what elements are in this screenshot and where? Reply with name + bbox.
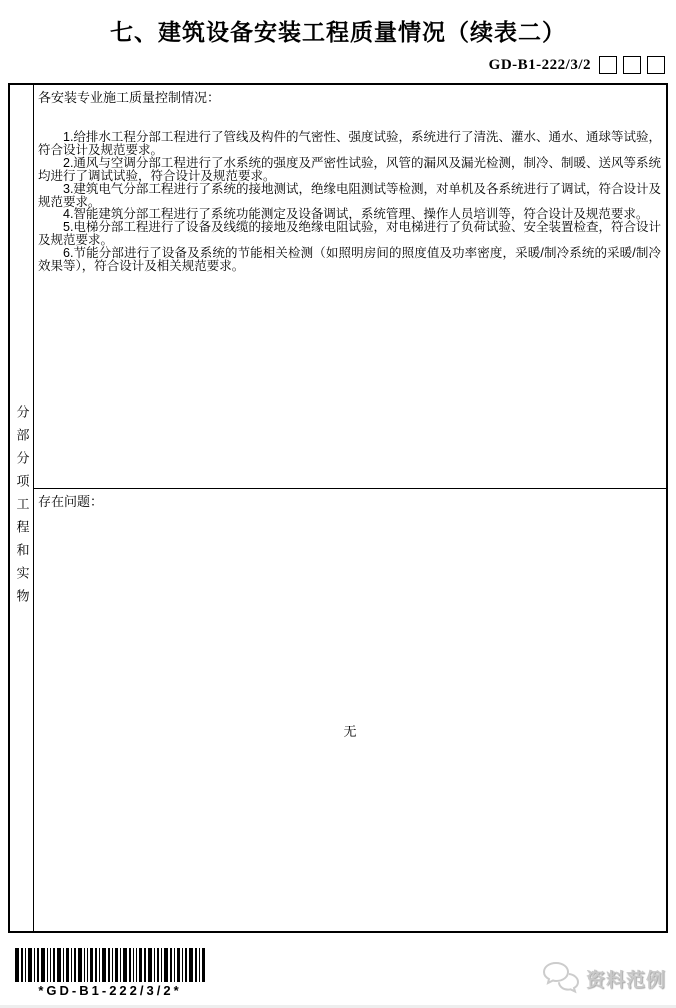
speech-bubbles-icon bbox=[542, 960, 580, 996]
barcode-label: *GD-B1-222/3/2* bbox=[15, 983, 205, 998]
barcode: *GD-B1-222/3/2* bbox=[15, 948, 205, 998]
quality-control-heading: 各安装专业施工质量控制情况： bbox=[38, 91, 661, 105]
problems-cell: 存在问题： 无 bbox=[34, 489, 666, 931]
quality-item-6: 6.节能分部进行了设备及系统的节能相关检测（如照明房间的照度值及功率密度，采暖/… bbox=[38, 247, 661, 273]
form-code-box-3 bbox=[647, 56, 665, 74]
quality-item-2: 2.通风与空调分部工程进行了水系统的强度及严密性试验，风管的漏风及漏光检测，制冷… bbox=[38, 157, 661, 183]
table-content-column: 各安装专业施工质量控制情况： 1.给排水工程分部工程进行了管线及构件的气密性、强… bbox=[34, 85, 666, 931]
form-code-row: GD-B1-222/3/2 bbox=[489, 56, 665, 75]
watermark: 资料范例 bbox=[542, 960, 666, 996]
quality-item-1: 1.给排水工程分部工程进行了管线及构件的气密性、强度试验，系统进行了清洗、灌水、… bbox=[38, 131, 661, 157]
quality-item-3: 3.建筑电气分部工程进行了系统的接地测试，绝缘电阻测试等检测，对单机及各系统进行… bbox=[38, 183, 661, 209]
quality-control-cell: 各安装专业施工质量控制情况： 1.给排水工程分部工程进行了管线及构件的气密性、强… bbox=[34, 85, 666, 489]
document-sheet: 七、建筑设备安装工程质量情况（续表二） GD-B1-222/3/2 分部分项工程… bbox=[0, 0, 676, 1008]
form-code-box-2 bbox=[623, 56, 641, 74]
problems-heading: 存在问题： bbox=[38, 495, 661, 509]
barcode-bars-icon bbox=[15, 948, 205, 982]
quality-item-5: 5.电梯分部工程进行了设备及线缆的接地及绝缘电阻试验，对电梯进行了负荷试验、安全… bbox=[38, 221, 661, 247]
form-code: GD-B1-222/3/2 bbox=[489, 56, 591, 75]
problems-value: 无 bbox=[34, 721, 666, 740]
form-code-box-1 bbox=[599, 56, 617, 74]
page-title: 七、建筑设备安装工程质量情况（续表二） bbox=[0, 14, 676, 47]
quality-control-paragraphs: 1.给排水工程分部工程进行了管线及构件的气密性、强度试验，系统进行了清洗、灌水、… bbox=[38, 131, 661, 273]
watermark-label: 资料范例 bbox=[586, 965, 666, 992]
main-table: 分部分项工程和实物 各安装专业施工质量控制情况： 1.给排水工程分部工程进行了管… bbox=[8, 83, 668, 933]
row-header-cell: 分部分项工程和实物 bbox=[10, 85, 34, 931]
row-header-vertical-label: 分部分项工程和实物 bbox=[10, 405, 34, 612]
